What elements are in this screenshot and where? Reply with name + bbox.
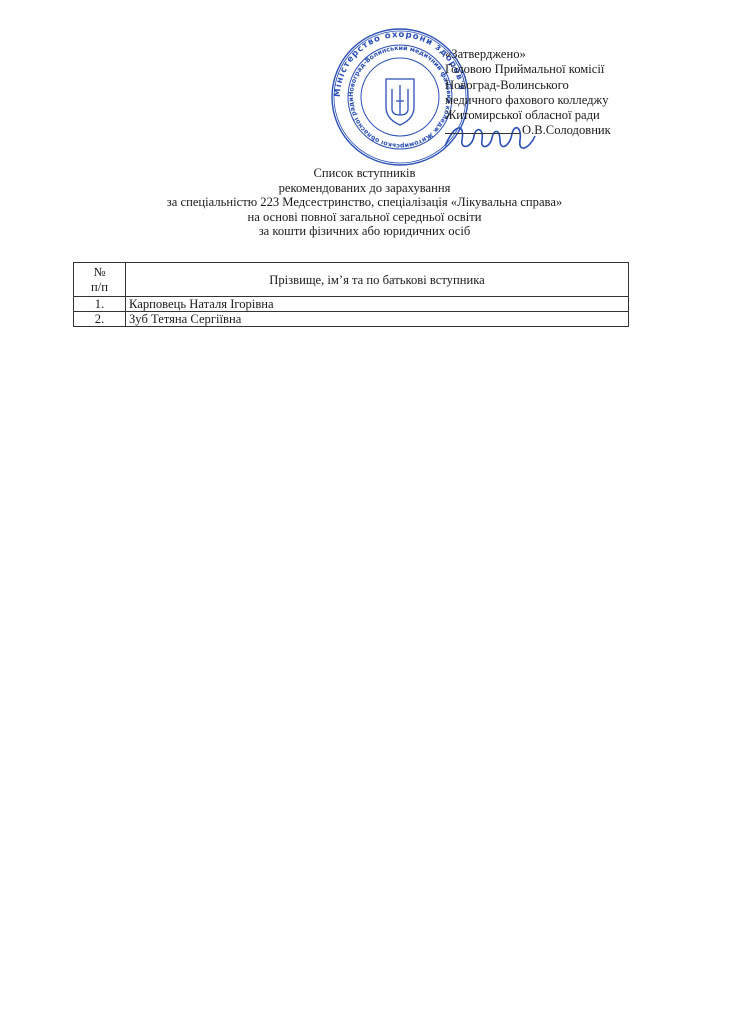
row-name: Зуб Тетяна Сергіївна bbox=[126, 312, 629, 327]
approval-line: медичного фахового колледжу bbox=[445, 93, 611, 108]
header-number: №п/п bbox=[74, 263, 126, 297]
heading-title: Список вступників bbox=[0, 166, 729, 181]
applicants-table: №п/п Прізвище, ім’я та по батькові вступ… bbox=[73, 262, 629, 327]
signatory-line: О.В.Солодовник bbox=[445, 123, 611, 138]
approval-line: «Затверджено» bbox=[445, 47, 611, 62]
table-header-row: №п/п Прізвище, ім’я та по батькові вступ… bbox=[74, 263, 629, 297]
heading-line: рекомендованих до зарахування bbox=[0, 181, 729, 196]
approval-line: Новоград-Волинського bbox=[445, 78, 611, 93]
heading-line: за спеціальністю 223 Медсестринство, спе… bbox=[0, 195, 729, 210]
row-name: Карповець Наталя Ігорівна bbox=[126, 297, 629, 312]
table-row: 1. Карповець Наталя Ігорівна bbox=[74, 297, 629, 312]
heading-line: за кошти фізичних або юридичних осіб bbox=[0, 224, 729, 239]
heading-line: на основі повної загальної середньої осв… bbox=[0, 210, 729, 225]
approval-line: Головою Приймальної комісії bbox=[445, 62, 611, 77]
header-name: Прізвище, ім’я та по батькові вступника bbox=[126, 263, 629, 297]
row-number: 1. bbox=[74, 297, 126, 312]
signatory-name: О.В.Солодовник bbox=[522, 123, 611, 137]
table-row: 2. Зуб Тетяна Сергіївна bbox=[74, 312, 629, 327]
document-heading: Список вступників рекомендованих до зара… bbox=[0, 166, 729, 239]
signature-line bbox=[445, 133, 520, 134]
approval-line: Житомирської обласної ради bbox=[445, 108, 611, 123]
approval-block: «Затверджено» Головою Приймальної комісі… bbox=[445, 47, 611, 139]
trident-emblem-icon bbox=[386, 79, 414, 125]
row-number: 2. bbox=[74, 312, 126, 327]
